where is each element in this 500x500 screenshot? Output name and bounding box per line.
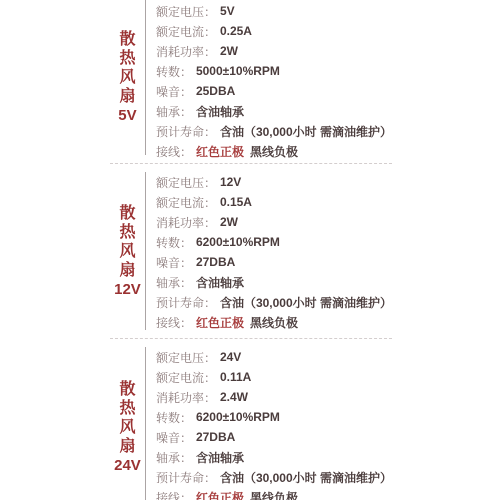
spec-row-power: 消耗功率： 2.4W [156, 387, 392, 407]
spec-label: 额定电流： [156, 23, 216, 40]
wiring-negative-value: 黑线负极 [250, 489, 298, 500]
spec-label: 接线： [156, 314, 192, 331]
spec-value: 含油轴承 [196, 274, 244, 291]
spec-row-wiring: 接线： 红色正极 黑线负极 [156, 141, 392, 161]
fan-section-12v: 散热风扇 12V 额定电压： 12V 额定电流： 0.15A 消耗功率： 2W … [110, 164, 392, 338]
spec-rows: 额定电压： 24V 额定电流： 0.11A 消耗功率： 2.4W 转数： 620… [146, 339, 392, 500]
spec-label: 噪音： [156, 83, 192, 100]
spec-value: 含油轴承 [196, 449, 244, 466]
wiring-negative-value: 黑线负极 [250, 143, 298, 160]
spec-value: 含油（30,000小时 需滴油维护） [220, 469, 392, 486]
fan-side-label: 散热风扇 [118, 204, 136, 280]
spec-value: 27DBA [196, 255, 235, 269]
spec-label: 额定电压： [156, 174, 216, 191]
spec-value: 6200±10%RPM [196, 235, 280, 249]
spec-label: 预计寿命： [156, 469, 216, 486]
spec-rows: 额定电压： 12V 额定电流： 0.15A 消耗功率： 2W 转数： 6200±… [146, 164, 392, 338]
spec-row-noise: 噪音： 25DBA [156, 81, 392, 101]
spec-row-noise: 噪音： 27DBA [156, 427, 392, 447]
spec-value: 0.25A [220, 24, 252, 38]
spec-label: 额定电流： [156, 369, 216, 386]
spec-row-rated-voltage: 额定电压： 5V [156, 1, 392, 21]
spec-value: 24V [220, 350, 241, 364]
spec-label: 额定电压： [156, 349, 216, 366]
spec-row-rpm: 转数： 6200±10%RPM [156, 232, 392, 252]
spec-row-rpm: 转数： 5000±10%RPM [156, 61, 392, 81]
fan-side-voltage: 12V [114, 280, 141, 299]
spec-label: 额定电流： [156, 194, 216, 211]
spec-row-rated-current: 额定电流： 0.15A [156, 192, 392, 212]
spec-label: 轴承： [156, 274, 192, 291]
spec-value: 含油轴承 [196, 103, 244, 120]
spec-value: 5000±10%RPM [196, 64, 280, 78]
spec-row-noise: 噪音： 27DBA [156, 252, 392, 272]
fan-side-label-column: 散热风扇 5V [110, 0, 146, 155]
spec-row-wiring: 接线： 红色正极 黑线负极 [156, 487, 392, 500]
fan-side-voltage: 5V [118, 106, 136, 125]
spec-value: 6200±10%RPM [196, 410, 280, 424]
spec-label: 接线： [156, 143, 192, 160]
fan-spec-sheet: 散热风扇 5V 额定电压： 5V 额定电流： 0.25A 消耗功率： 2W 转数… [0, 0, 500, 500]
fan-side-voltage: 24V [114, 456, 141, 475]
spec-label: 消耗功率： [156, 389, 216, 406]
spec-label: 接线： [156, 489, 192, 500]
spec-value: 25DBA [196, 84, 235, 98]
spec-value: 0.15A [220, 195, 252, 209]
wiring-positive-value: 红色正极 [196, 489, 244, 500]
spec-label: 预计寿命： [156, 294, 216, 311]
spec-rows: 额定电压： 5V 额定电流： 0.25A 消耗功率： 2W 转数： 5000±1… [146, 0, 392, 163]
spec-row-bearing: 轴承： 含油轴承 [156, 272, 392, 292]
spec-row-rated-voltage: 额定电压： 12V [156, 172, 392, 192]
spec-label: 轴承： [156, 449, 192, 466]
spec-label: 噪音： [156, 254, 192, 271]
spec-label: 转数： [156, 409, 192, 426]
fan-side-label-column: 散热风扇 24V [110, 347, 146, 500]
spec-row-lifespan: 预计寿命： 含油（30,000小时 需滴油维护） [156, 292, 392, 312]
fan-side-label-column: 散热风扇 12V [110, 172, 146, 330]
spec-value: 2W [220, 44, 238, 58]
spec-row-power: 消耗功率： 2W [156, 41, 392, 61]
spec-row-rated-current: 额定电流： 0.11A [156, 367, 392, 387]
spec-value: 12V [220, 175, 241, 189]
spec-row-wiring: 接线： 红色正极 黑线负极 [156, 312, 392, 332]
fan-section-24v: 散热风扇 24V 额定电压： 24V 额定电流： 0.11A 消耗功率： 2.4… [110, 339, 392, 500]
fan-side-label: 散热风扇 [118, 30, 136, 106]
wiring-positive-value: 红色正极 [196, 314, 244, 331]
spec-label: 转数： [156, 234, 192, 251]
spec-value: 27DBA [196, 430, 235, 444]
spec-row-bearing: 轴承： 含油轴承 [156, 101, 392, 121]
spec-label: 预计寿命： [156, 123, 216, 140]
spec-row-power: 消耗功率： 2W [156, 212, 392, 232]
fan-section-5v: 散热风扇 5V 额定电压： 5V 额定电流： 0.25A 消耗功率： 2W 转数… [110, 0, 392, 163]
fan-side-label: 散热风扇 [118, 380, 136, 456]
spec-value: 含油（30,000小时 需滴油维护） [220, 123, 392, 140]
spec-label: 消耗功率： [156, 43, 216, 60]
spec-row-rpm: 转数： 6200±10%RPM [156, 407, 392, 427]
spec-value: 0.11A [220, 370, 251, 384]
spec-row-rated-voltage: 额定电压： 24V [156, 347, 392, 367]
spec-value: 2.4W [220, 390, 248, 404]
wiring-negative-value: 黑线负极 [250, 314, 298, 331]
spec-row-lifespan: 预计寿命： 含油（30,000小时 需滴油维护） [156, 467, 392, 487]
spec-row-rated-current: 额定电流： 0.25A [156, 21, 392, 41]
spec-value: 5V [220, 4, 235, 18]
spec-content: 散热风扇 5V 额定电压： 5V 额定电流： 0.25A 消耗功率： 2W 转数… [110, 0, 392, 500]
spec-label: 额定电压： [156, 3, 216, 20]
spec-row-bearing: 轴承： 含油轴承 [156, 447, 392, 467]
wiring-positive-value: 红色正极 [196, 143, 244, 160]
spec-label: 消耗功率： [156, 214, 216, 231]
spec-value: 含油（30,000小时 需滴油维护） [220, 294, 392, 311]
spec-label: 噪音： [156, 429, 192, 446]
spec-label: 转数： [156, 63, 192, 80]
spec-value: 2W [220, 215, 238, 229]
spec-row-lifespan: 预计寿命： 含油（30,000小时 需滴油维护） [156, 121, 392, 141]
spec-label: 轴承： [156, 103, 192, 120]
